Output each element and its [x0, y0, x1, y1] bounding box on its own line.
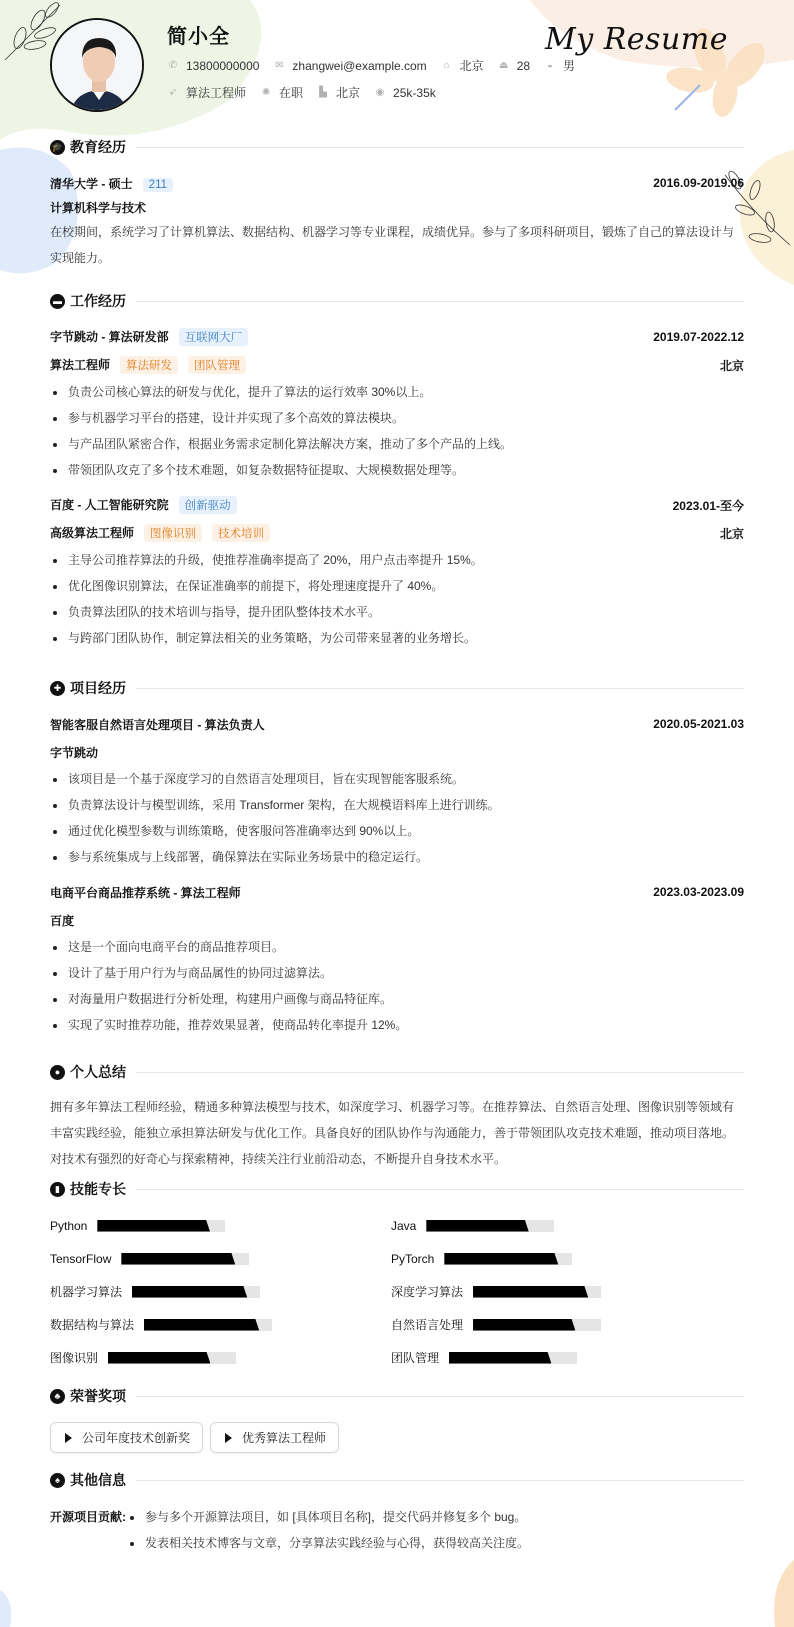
section-header: ▮ 技能专长	[50, 1179, 744, 1199]
list-item: 负责算法设计与模型训练，采用 Transformer 架构，在大规模语料库上进行…	[50, 792, 744, 818]
user-icon: ●	[50, 1065, 65, 1080]
role-tag: 团队管理	[188, 356, 246, 374]
skill-item: Java	[391, 1216, 732, 1235]
contact-age: ⏏28	[498, 59, 530, 73]
avatar	[50, 18, 144, 112]
section-title: 技能专长	[70, 1179, 126, 1199]
play-triangle-icon	[65, 1433, 72, 1443]
role-title: 算法工程师	[50, 358, 110, 372]
skills-section: ▮ 技能专长 PythonJavaTensorFlowPyTorch机器学习算法…	[50, 1179, 744, 1367]
briefcase-icon: ▬	[50, 294, 65, 309]
skill-level-bar	[444, 1253, 572, 1265]
company-tag: 互联网大厂	[179, 328, 249, 346]
project-company: 字节跳动	[50, 744, 98, 761]
summary-section: ● 个人总结 拥有多年算法工程师经验，精通多种算法模型与技术，如深度学习、机器学…	[50, 1062, 744, 1172]
skill-level-fill	[444, 1253, 558, 1265]
list-item: 参与机器学习平台的搭建，设计并实现了多个高效的算法模块。	[50, 405, 744, 431]
summary-line: 对技术有强烈的好奇心与探索精神，持续关注行业前沿动态，不断提升自身技术水平。	[50, 1146, 744, 1172]
section-header: ● 个人总结	[50, 1062, 744, 1082]
role-row: 高级算法工程师图像识别技术培训 北京	[50, 523, 744, 543]
education-period: 2016.09-2019.06	[653, 176, 744, 190]
project-period: 2020.05-2021.03	[653, 717, 744, 731]
open-source-row: 开源项目贡献: 参与多个开源算法项目，如 [具体项目名称]，提交代码并修复多个 …	[50, 1504, 744, 1556]
section-title: 教育经历	[70, 137, 126, 157]
skill-level-bar	[97, 1220, 225, 1232]
award-icon: ♣	[50, 1389, 65, 1404]
open-source-list: 参与多个开源算法项目，如 [具体项目名称]，提交代码并修复多个 bug。 发表相…	[127, 1504, 529, 1556]
role-title: 高级算法工程师	[50, 526, 134, 540]
section-header: 🎓 教育经历	[50, 137, 744, 157]
skills-grid: PythonJavaTensorFlowPyTorch机器学习算法深度学习算法数…	[50, 1216, 744, 1367]
skill-level-bar	[144, 1319, 272, 1331]
phone-icon: ✆	[167, 60, 179, 72]
section-header: ✚ 项目经历	[50, 678, 744, 698]
job-position: ➶算法工程师	[167, 84, 246, 101]
project-company-row: 百度	[50, 910, 744, 930]
work-item: 百度 - 人工智能研究院创新驱动 2023.01-至今 高级算法工程师图像识别技…	[50, 495, 744, 651]
section-title: 其他信息	[70, 1470, 126, 1490]
school-tag: 211	[143, 178, 173, 192]
salary-value: 25k-35k	[393, 86, 436, 100]
skill-level-fill	[108, 1352, 210, 1364]
skill-level-fill	[144, 1319, 259, 1331]
project-company-row: 字节跳动	[50, 742, 744, 762]
status-value: 在职	[279, 84, 303, 101]
description-line: 在校期间，系统学习了计算机算法、数据结构、机器学习等专业课程，成绩优异。参与了多…	[50, 219, 744, 245]
skill-level-bar	[108, 1352, 236, 1364]
award-label: 公司年度技术创新奖	[82, 1429, 190, 1446]
section-title: 荣誉奖项	[70, 1386, 126, 1406]
awards-section: ♣ 荣誉奖项 公司年度技术创新奖 优秀算法工程师	[50, 1386, 744, 1453]
hometown-value: 北京	[460, 57, 484, 74]
list-item: 对海量用户数据进行分析处理，构建用户画像与商品特征库。	[50, 986, 744, 1012]
projects-section: ✚ 项目经历 智能客服自然语言处理项目 - 算法负责人 2020.05-2021…	[50, 678, 744, 1038]
award-label: 优秀算法工程师	[242, 1429, 326, 1446]
section-title: 个人总结	[70, 1062, 126, 1082]
position-value: 算法工程师	[186, 84, 246, 101]
project-item: 智能客服自然语言处理项目 - 算法负责人 2020.05-2021.03 字节跳…	[50, 714, 744, 870]
skill-item: 图像识别	[50, 1348, 391, 1367]
work-location: 北京	[720, 357, 744, 374]
skill-level-fill	[449, 1352, 551, 1364]
section-title: 项目经历	[70, 678, 126, 698]
skill-level-bar	[473, 1286, 601, 1298]
skill-item: Python	[50, 1216, 391, 1235]
list-item: 负责算法团队的技术培训与指导，提升团队整体技术水平。	[50, 599, 744, 625]
section-header: ▬ 工作经历	[50, 291, 744, 311]
job-salary: ◉25k-35k	[374, 86, 436, 100]
list-item: 设计了基于用户行为与商品属性的协同过滤算法。	[50, 960, 744, 986]
divider	[136, 1480, 744, 1481]
other-info-section: ♠ 其他信息 开源项目贡献: 参与多个开源算法项目，如 [具体项目名称]，提交代…	[50, 1470, 744, 1556]
company-name: 字节跳动 - 算法研发部	[50, 330, 169, 344]
position-icon: ➶	[167, 87, 179, 99]
company-tag: 创新驱动	[179, 496, 237, 514]
open-source-label: 开源项目贡献:	[50, 1504, 127, 1556]
avatar-photo-icon	[52, 20, 144, 112]
skill-name: 机器学习算法	[50, 1283, 122, 1300]
grid-icon: ✚	[50, 681, 65, 696]
skill-level-fill	[473, 1286, 588, 1298]
project-row: 电商平台商品推荐系统 - 算法工程师 2023.03-2023.09	[50, 882, 744, 902]
list-item: 与跨部门团队协作，制定算法相关的业务策略，为公司带来显著的业务增长。	[50, 625, 744, 651]
gender-value: 男	[563, 57, 575, 74]
award-item[interactable]: 优秀算法工程师	[210, 1422, 339, 1453]
resume-title: My Resume	[545, 22, 728, 57]
play-triangle-icon	[225, 1433, 232, 1443]
contact-email: ✉zhangwei@example.com	[273, 59, 426, 73]
responsibility-list: 负责公司核心算法的研发与优化，提升了算法的运行效率 30%以上。 参与机器学习平…	[50, 379, 744, 483]
age-icon: ⏏	[498, 60, 510, 72]
divider	[136, 301, 744, 302]
project-detail-list: 该项目是一个基于深度学习的自然语言处理项目，旨在实现智能客服系统。 负责算法设计…	[50, 766, 744, 870]
section-header: ♣ 荣誉奖项	[50, 1386, 744, 1406]
phone-value: 13800000000	[186, 59, 259, 73]
city-icon: ▙	[317, 87, 329, 99]
skill-name: 团队管理	[391, 1349, 439, 1366]
list-item: 主导公司推荐算法的升级，使推荐准确率提高了 20%，用户点击率提升 15%。	[50, 547, 744, 573]
skill-name: Java	[391, 1219, 416, 1233]
list-item: 负责公司核心算法的研发与优化，提升了算法的运行效率 30%以上。	[50, 379, 744, 405]
list-item: 参与多个开源算法项目，如 [具体项目名称]，提交代码并修复多个 bug。	[127, 1504, 529, 1530]
list-item: 该项目是一个基于深度学习的自然语言处理项目，旨在实现智能客服系统。	[50, 766, 744, 792]
skill-item: 数据结构与算法	[50, 1315, 391, 1334]
skill-item: 自然语言处理	[391, 1315, 732, 1334]
skill-level-fill	[121, 1253, 235, 1265]
job-intent-row: ➶算法工程师 ✺在职 ▙北京 ◉25k-35k	[167, 84, 450, 101]
divider	[136, 688, 744, 689]
skill-level-bar	[473, 1319, 601, 1331]
skill-item: TensorFlow	[50, 1249, 391, 1268]
school-degree: 清华大学 - 硕士	[50, 177, 133, 191]
project-detail-list: 这是一个面向电商平台的商品推荐项目。 设计了基于用户行为与商品属性的协同过滤算法…	[50, 934, 744, 1038]
salary-icon: ◉	[374, 87, 386, 99]
skill-level-bar	[426, 1220, 554, 1232]
project-name: 智能客服自然语言处理项目 - 算法负责人	[50, 716, 265, 733]
list-item: 实现了实时推荐功能，推荐效果显著，使商品转化率提升 12%。	[50, 1012, 744, 1038]
resume-page: 简小全 My Resume ✆13800000000 ✉zhangwei@exa…	[0, 0, 794, 1627]
divider	[136, 1189, 744, 1190]
skill-level-fill	[473, 1319, 575, 1331]
info-icon: ♠	[50, 1473, 65, 1488]
graduation-cap-icon: 🎓	[50, 140, 65, 155]
major: 计算机科学与技术	[50, 199, 146, 216]
description-line: 实现能力。	[50, 245, 744, 271]
email-value: zhangwei@example.com	[292, 59, 426, 73]
role-tag: 图像识别	[144, 524, 202, 542]
company-row: 百度 - 人工智能研究院创新驱动 2023.01-至今	[50, 495, 744, 515]
work-period: 2019.07-2022.12	[653, 330, 744, 344]
skill-name: Python	[50, 1219, 87, 1233]
divider	[136, 1072, 744, 1073]
education-description: 在校期间，系统学习了计算机算法、数据结构、机器学习等专业课程，成绩优异。参与了多…	[50, 219, 744, 271]
summary-text: 拥有多年算法工程师经验，精通多种算法模型与技术，如深度学习、机器学习等。在推荐算…	[50, 1094, 744, 1172]
award-item[interactable]: 公司年度技术创新奖	[50, 1422, 203, 1453]
list-item: 发表相关技术博客与文章，分享算法实践经验与心得，获得较高关注度。	[127, 1530, 529, 1556]
job-city: ▙北京	[317, 84, 360, 101]
contact-gender: ◒男	[544, 57, 575, 74]
section-header: ♠ 其他信息	[50, 1470, 744, 1490]
skill-level-bar	[449, 1352, 577, 1364]
major-row: 计算机科学与技术	[50, 197, 744, 217]
section-title: 工作经历	[70, 291, 126, 311]
mail-icon: ✉	[273, 60, 285, 72]
work-item: 字节跳动 - 算法研发部互联网大厂 2019.07-2022.12 算法工程师算…	[50, 327, 744, 483]
skill-name: 数据结构与算法	[50, 1316, 134, 1333]
contact-hometown: ⌂北京	[441, 57, 484, 74]
project-name: 电商平台商品推荐系统 - 算法工程师	[50, 884, 241, 901]
work-period: 2023.01-至今	[673, 497, 744, 514]
list-item: 与产品团队紧密合作，根据业务需求定制化算法解决方案，推动了多个产品的上线。	[50, 431, 744, 457]
candidate-name: 简小全	[167, 20, 230, 49]
company-row: 字节跳动 - 算法研发部互联网大厂 2019.07-2022.12	[50, 327, 744, 347]
contact-row: ✆13800000000 ✉zhangwei@example.com ⌂北京 ⏏…	[167, 57, 589, 74]
skill-item: PyTorch	[391, 1249, 732, 1268]
skill-level-bar	[121, 1253, 249, 1265]
home-icon: ⌂	[441, 60, 453, 72]
skill-name: 自然语言处理	[391, 1316, 463, 1333]
skill-item: 机器学习算法	[50, 1282, 391, 1301]
list-item: 带领团队攻克了多个技术难题，如复杂数据特征提取、大规模数据处理等。	[50, 457, 744, 483]
skill-name: PyTorch	[391, 1252, 434, 1266]
role-tag: 技术培训	[212, 524, 270, 542]
skill-level-fill	[426, 1220, 528, 1232]
company-name: 百度 - 人工智能研究院	[50, 498, 169, 512]
project-item: 电商平台商品推荐系统 - 算法工程师 2023.03-2023.09 百度 这是…	[50, 882, 744, 1038]
work-section: ▬ 工作经历 字节跳动 - 算法研发部互联网大厂 2019.07-2022.12…	[50, 291, 744, 651]
skill-level-fill	[97, 1220, 210, 1232]
project-company: 百度	[50, 912, 74, 929]
project-period: 2023.03-2023.09	[653, 885, 744, 899]
role-row: 算法工程师算法研发团队管理 北京	[50, 355, 744, 375]
skill-name: 深度学习算法	[391, 1283, 463, 1300]
summary-line: 拥有多年算法工程师经验，精通多种算法模型与技术，如深度学习、机器学习等。在推荐算…	[50, 1094, 744, 1120]
contact-phone: ✆13800000000	[167, 59, 259, 73]
list-item: 参与系统集成与上线部署，确保算法在实际业务场景中的稳定运行。	[50, 844, 744, 870]
awards-list: 公司年度技术创新奖 优秀算法工程师	[50, 1422, 744, 1453]
gender-icon: ◒	[544, 60, 556, 72]
divider	[136, 1396, 744, 1397]
responsibility-list: 主导公司推荐算法的升级，使推荐准确率提高了 20%，用户点击率提升 15%。 优…	[50, 547, 744, 651]
work-location: 北京	[720, 525, 744, 542]
bar-chart-icon: ▮	[50, 1182, 65, 1197]
city-value: 北京	[336, 84, 360, 101]
list-item: 通过优化模型参数与训练策略，使客服问答准确率达到 90%以上。	[50, 818, 744, 844]
job-status: ✺在职	[260, 84, 303, 101]
skill-item: 深度学习算法	[391, 1282, 732, 1301]
project-row: 智能客服自然语言处理项目 - 算法负责人 2020.05-2021.03	[50, 714, 744, 734]
education-section: 🎓 教育经历 清华大学 - 硕士211 2016.09-2019.06 计算机科…	[50, 137, 744, 271]
skill-name: 图像识别	[50, 1349, 98, 1366]
summary-line: 丰富实践经验，能独立承担算法研发与优化工作。具备良好的团队协作与沟通能力，善于带…	[50, 1120, 744, 1146]
skill-level-fill	[132, 1286, 247, 1298]
education-row: 清华大学 - 硕士211 2016.09-2019.06	[50, 173, 744, 193]
list-item: 优化图像识别算法，在保证准确率的前提下，将处理速度提升了 40%。	[50, 573, 744, 599]
skill-item: 团队管理	[391, 1348, 732, 1367]
divider	[136, 147, 744, 148]
status-icon: ✺	[260, 87, 272, 99]
skill-name: TensorFlow	[50, 1252, 111, 1266]
role-tag: 算法研发	[120, 356, 178, 374]
age-value: 28	[517, 59, 530, 73]
skill-level-bar	[132, 1286, 260, 1298]
list-item: 这是一个面向电商平台的商品推荐项目。	[50, 934, 744, 960]
